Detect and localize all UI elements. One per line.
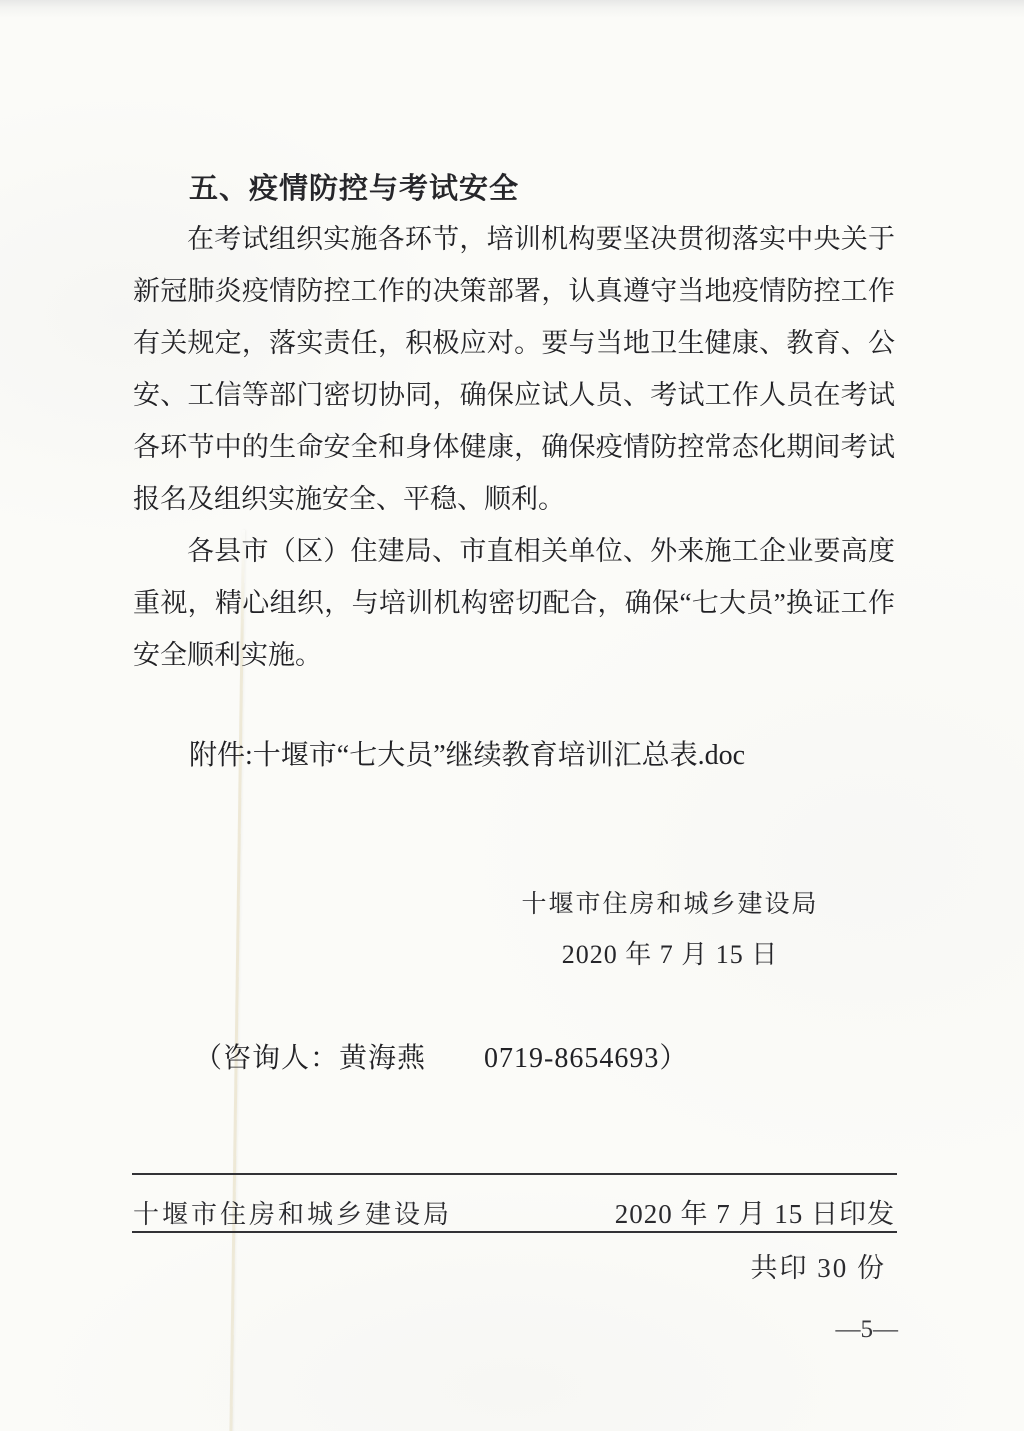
paragraph1-line-6: 报名及组织实施安全、平稳、顺利。 <box>133 473 895 525</box>
paragraph1-line-4: 安、工信等部门密切协同，确保应试人员、考试工作人员在考试 <box>133 369 895 421</box>
paragraph2-line-3: 安全顺利实施。 <box>133 629 895 681</box>
footer-rule-bottom <box>132 1231 897 1233</box>
footer-rule-top <box>132 1173 897 1175</box>
body-text: 在考试组织实施各环节，培训机构要坚决贯彻落实中央关于 新冠肺炎疫情防控工作的决策… <box>133 213 895 681</box>
signature-date: 2020 年 7 月 15 日 <box>435 934 905 971</box>
paragraph1-line-5: 各环节中的生命安全和身体健康，确保疫情防控常态化期间考试 <box>133 421 895 473</box>
paragraph2-line-1: 各县市（区）住建局、市直相关单位、外来施工企业要高度 <box>133 525 895 577</box>
contact-line: （咨询人：黄海燕 0719-8654693） <box>194 1036 688 1076</box>
paragraph1-line-3: 有关规定，落实责任，积极应对。要与当地卫生健康、教育、公 <box>133 317 895 369</box>
print-copies: 共印 30 份 <box>751 1246 887 1285</box>
paragraph2-line-2: 重视，精心组织，与培训机构密切配合，确保“七大员”换证工作 <box>133 577 895 629</box>
paragraph1-line-1: 在考试组织实施各环节，培训机构要坚决贯彻落实中央关于 <box>133 213 895 265</box>
scanned-document-page: 五、疫情防控与考试安全 在考试组织实施各环节，培训机构要坚决贯彻落实中央关于 新… <box>0 0 1024 1431</box>
page-number: —5— <box>836 1316 899 1344</box>
section-heading: 五、疫情防控与考试安全 <box>189 166 519 207</box>
footer-row: 十堰市住房和城乡建设局 2020 年 7 月 15 日印发 <box>133 1192 895 1231</box>
paragraph1-line-2: 新冠肺炎疫情防控工作的决策部署，认真遵守当地疫情防控工作 <box>133 265 895 317</box>
footer-print-date: 2020 年 7 月 15 日印发 <box>615 1192 895 1231</box>
footer-issuer: 十堰市住房和城乡建设局 <box>133 1194 452 1231</box>
attachment-line: 附件:十堰市“七大员”继续教育培训汇总表.doc <box>189 733 745 773</box>
signature-org: 十堰市住房和城乡建设局 <box>435 884 905 920</box>
